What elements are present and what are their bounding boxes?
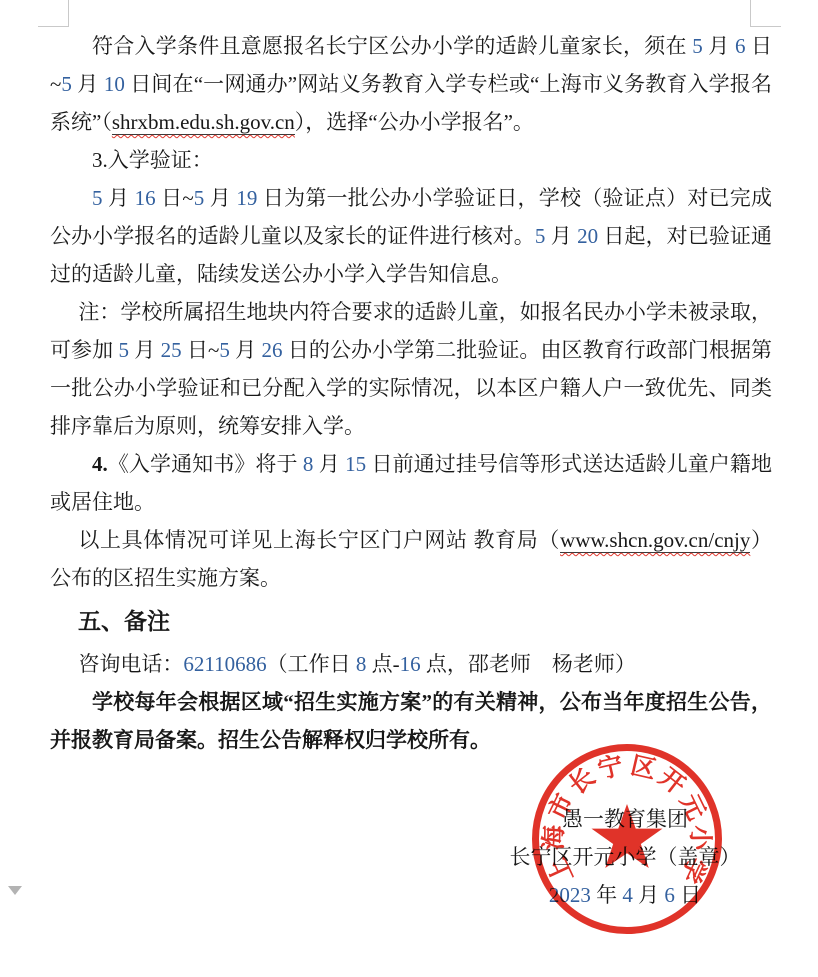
text-run: 25 <box>161 338 182 362</box>
text-run: 年 <box>591 883 623 907</box>
text-run: 点，邵老师 杨老师） <box>421 652 636 676</box>
text-run: 20 <box>577 224 598 248</box>
text-run: 月 <box>129 338 161 362</box>
paragraph-enrollment-signup: 符合入学条件且意愿报名长宁区公办小学的适龄儿童家长，须在 5 月 6 日~5 月… <box>50 27 772 141</box>
text-run: 8 <box>356 652 367 676</box>
text-run: 符合入学条件且意愿报名长宁区公办小学的适龄儿童家长，须在 <box>92 34 692 58</box>
text-run: 15 <box>345 452 366 476</box>
text-run: 月 <box>313 452 345 476</box>
text-run: 5 <box>219 338 230 362</box>
text-run: 26 <box>262 338 283 362</box>
signature-group-name: 愚一教育集团 <box>465 800 785 838</box>
text-run: 16 <box>400 652 421 676</box>
text-run: 5 <box>535 224 546 248</box>
text-run: 5 <box>194 186 205 210</box>
text-run: 《入学通知书》将于 <box>108 452 303 476</box>
text-run: 月 <box>545 224 577 248</box>
text-run: 月 <box>633 883 665 907</box>
text-run: 长宁区开元小学（盖章） <box>510 845 741 869</box>
signature-school-name: 长宁区开元小学（盖章） <box>465 838 785 876</box>
paragraph-website-reference: 以上具体情况可详见上海长宁区门户网站 教育局（www.shcn.gov.cn/c… <box>50 521 772 597</box>
text-run: 3.入学验证： <box>92 148 213 172</box>
text-run: 6 <box>735 34 746 58</box>
text-run: 62110686 <box>183 652 266 676</box>
text-run: 月 <box>72 72 104 96</box>
text-run: 以上具体情况可详见上海长宁区门户网站 教育局（ <box>78 528 560 552</box>
text-run: 月 <box>703 34 735 58</box>
text-run: 8 <box>303 452 314 476</box>
signature-date: 2023 年 4 月 6 日 <box>465 876 785 914</box>
text-run: 月 <box>230 338 262 362</box>
text-run: 愚一教育集团 <box>562 807 688 831</box>
text-run: 月 <box>204 186 236 210</box>
margin-crop-mark-top-left <box>68 0 69 26</box>
text-run: 日~ <box>156 186 194 210</box>
text-run: 咨询电话： <box>78 652 183 676</box>
text-run: 5 <box>692 34 703 58</box>
text-run: 日 <box>675 883 701 907</box>
text-run: ），选择“公办小学报名”。 <box>295 110 534 134</box>
signature-block: 愚一教育集团 长宁区开元小学（盖章） 2023 年 4 月 6 日 <box>465 800 785 914</box>
stamp-ring-char: 开 <box>652 763 691 802</box>
text-run: 19 <box>236 186 257 210</box>
text-run: 10 <box>104 72 125 96</box>
document-page: 符合入学条件且意愿报名长宁区公办小学的适龄儿童家长，须在 5 月 6 日~5 月… <box>0 0 818 977</box>
section-heading-remarks: 五、备注 <box>78 599 772 645</box>
paragraph-admission-letter: 4.《入学通知书》将于 8 月 15 日前通过挂号信等形式送达适龄儿童户籍地或居… <box>50 445 772 521</box>
text-run: 4 <box>622 883 633 907</box>
paragraph-note: 注：学校所属招生地块内符合要求的适龄儿童，如报名民办小学未被录取，可参加 5 月… <box>50 293 772 445</box>
paragraph-disclaimer: 学校每年会根据区域“招生实施方案”的有关精神，公布当年度招生公告，并报教育局备案… <box>50 683 772 759</box>
text-run: 月 <box>103 186 135 210</box>
text-run: 日~ <box>182 338 220 362</box>
text-run: 6 <box>664 883 675 907</box>
url-text[interactable]: shrxbm.edu.sh.gov.cn <box>112 110 295 135</box>
margin-crop-mark-top-right <box>750 0 751 26</box>
text-run: 点- <box>366 652 399 676</box>
text-run: （工作日 <box>267 652 356 676</box>
text-run: 16 <box>135 186 156 210</box>
text-run: 5 <box>61 72 72 96</box>
url-text[interactable]: www.shcn.gov.cn/cnjy <box>560 528 750 553</box>
text-run: 学校每年会根据区域“招生实施方案”的有关精神，公布当年度招生公告，并报教育局备案… <box>50 690 772 752</box>
paragraph-verification-detail: 5 月 16 日~5 月 19 日为第一批公办小学验证日，学校（验证点）对已完成… <box>50 179 772 293</box>
text-run: 5 <box>118 338 129 362</box>
text-run: 4. <box>92 452 108 476</box>
paragraph-verification-heading: 3.入学验证： <box>50 141 772 179</box>
text-run: 2023 <box>549 883 591 907</box>
paragraph-phone: 咨询电话：62110686（工作日 8 点-16 点，邵老师 杨老师） <box>50 645 772 683</box>
document-body: 符合入学条件且意愿报名长宁区公办小学的适龄儿童家长，须在 5 月 6 日~5 月… <box>50 27 772 759</box>
outline-collapse-marker-icon <box>8 886 22 895</box>
stamp-ring-char: 长 <box>563 763 602 802</box>
text-run: 5 <box>92 186 103 210</box>
